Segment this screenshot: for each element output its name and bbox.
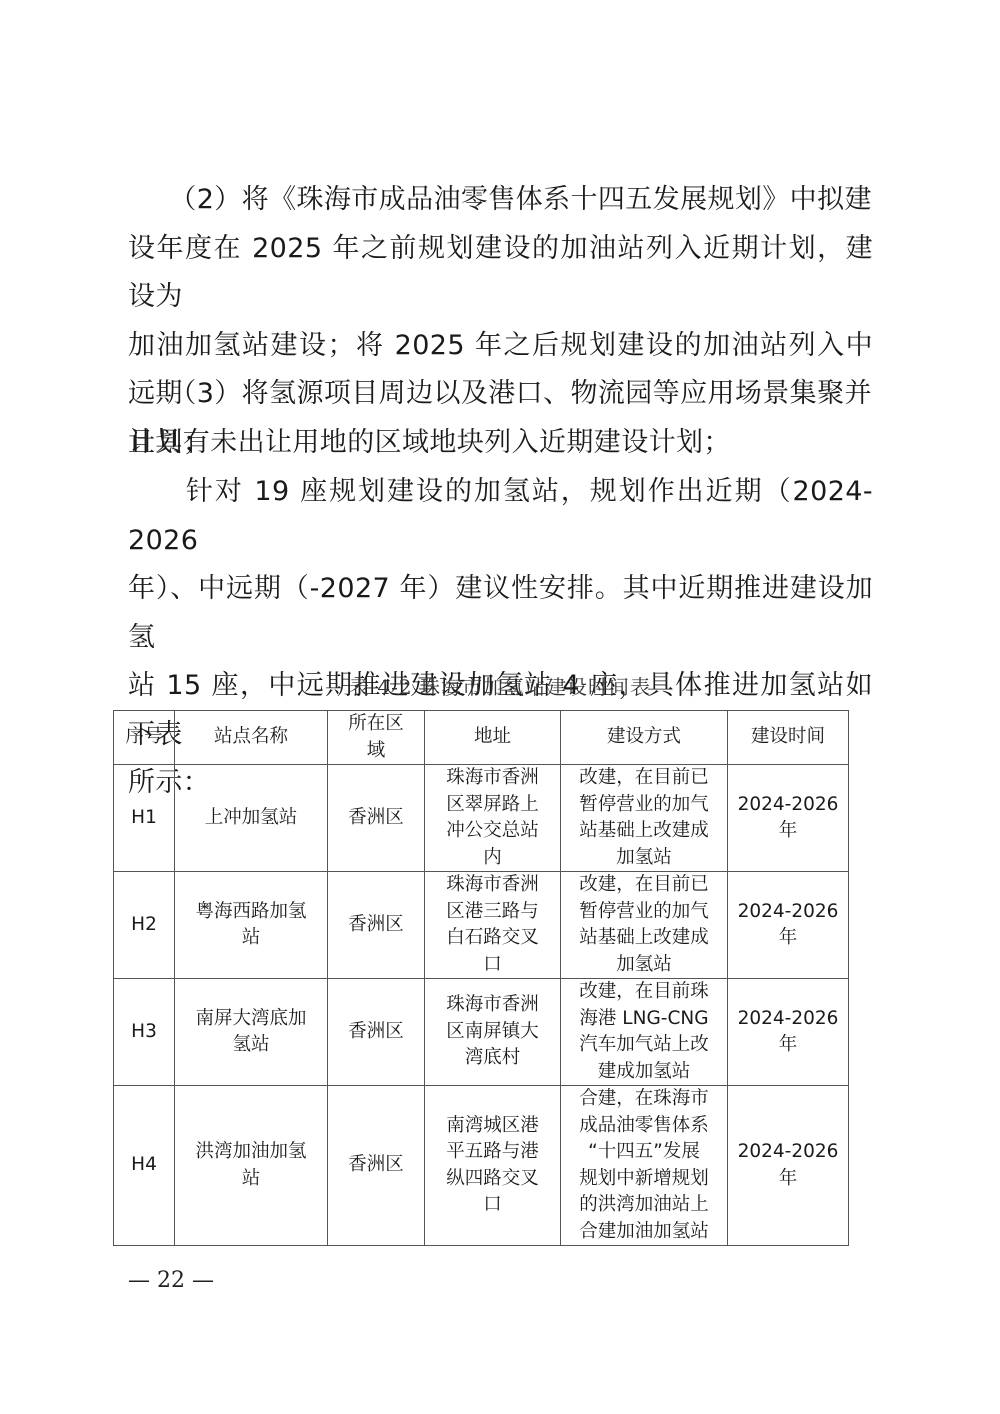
cell-address: 珠海市香洲区港三路与白石路交叉口 xyxy=(425,872,561,979)
cell-construction-time: 2024-2026年 xyxy=(728,1086,849,1246)
cell-construction-time: 2024-2026年 xyxy=(728,765,849,872)
cell-construction-method: 合建，在珠海市成品油零售体系“十四五”发展规划中新增规划的洪湾加油站上合建加油加… xyxy=(561,1086,728,1246)
cell-district: 香洲区 xyxy=(328,872,425,979)
text-line: 针对 19 座规划建设的加氢站，规划作出近期（2024-2026 xyxy=(128,468,873,565)
text-line: 且具有未出让用地的区域地块列入近期建设计划； xyxy=(128,419,873,468)
station-schedule-table: 序号 站点名称 所在区域 地址 建设方式 建设时间 H1 上冲加氢站 香洲区 珠… xyxy=(113,710,849,1246)
text-line: 设年度在 2025 年之前规划建设的加油站列入近期计划，建设为 xyxy=(128,225,873,322)
cell-address: 珠海市香洲区翠屏路上冲公交总站内 xyxy=(425,765,561,872)
cell-station-name: 南屏大湾底加氢站 xyxy=(175,979,328,1086)
cell-station-name: 上冲加氢站 xyxy=(175,765,328,872)
cell-construction-method: 改建，在目前已暂停营业的加气站基础上改建成加氢站 xyxy=(561,765,728,872)
cell-address: 珠海市香洲区南屏镇大湾底村 xyxy=(425,979,561,1086)
table-row: H1 上冲加氢站 香洲区 珠海市香洲区翠屏路上冲公交总站内 改建，在目前已暂停营… xyxy=(114,765,849,872)
text-line: （2）将《珠海市成品油零售体系十四五发展规划》中拟建 xyxy=(128,176,873,225)
cell-index: H1 xyxy=(114,765,175,872)
paragraph-item-3: （3）将氢源项目周边以及港口、物流园等应用场景集聚并 且具有未出让用地的区域地块… xyxy=(128,370,873,467)
table-header-row: 序号 站点名称 所在区域 地址 建设方式 建设时间 xyxy=(114,711,849,765)
cell-district: 香洲区 xyxy=(328,979,425,1086)
page-number: — 22 — xyxy=(128,1268,214,1293)
table-caption: 表 4-2 珠海市加氢站建设时间表 xyxy=(0,671,1000,700)
cell-index: H4 xyxy=(114,1086,175,1246)
cell-index: H3 xyxy=(114,979,175,1086)
table-row: H3 南屏大湾底加氢站 香洲区 珠海市香洲区南屏镇大湾底村 改建，在目前珠海港 … xyxy=(114,979,849,1086)
header-index: 序号 xyxy=(114,711,175,765)
cell-station-name: 洪湾加油加氢站 xyxy=(175,1086,328,1246)
cell-index: H2 xyxy=(114,872,175,979)
header-address: 地址 xyxy=(425,711,561,765)
header-construction-time: 建设时间 xyxy=(728,711,849,765)
table-row: H4 洪湾加油加氢站 香洲区 南湾城区港平五路与港纵四路交叉口 合建，在珠海市成… xyxy=(114,1086,849,1246)
cell-district: 香洲区 xyxy=(328,765,425,872)
cell-construction-time: 2024-2026年 xyxy=(728,979,849,1086)
text-line: 年）、中远期（-2027 年）建议性安排。其中近期推进建设加氢 xyxy=(128,565,873,662)
cell-construction-method: 改建，在目前已暂停营业的加气站基础上改建成加氢站 xyxy=(561,872,728,979)
cell-construction-time: 2024-2026年 xyxy=(728,872,849,979)
cell-construction-method: 改建，在目前珠海港 LNG-CNG汽车加气站上改建成加氢站 xyxy=(561,979,728,1086)
cell-address: 南湾城区港平五路与港纵四路交叉口 xyxy=(425,1086,561,1246)
header-station-name: 站点名称 xyxy=(175,711,328,765)
header-construction-method: 建设方式 xyxy=(561,711,728,765)
header-district: 所在区域 xyxy=(328,711,425,765)
cell-station-name: 粤海西路加氢站 xyxy=(175,872,328,979)
cell-district: 香洲区 xyxy=(328,1086,425,1246)
table-row: H2 粤海西路加氢站 香洲区 珠海市香洲区港三路与白石路交叉口 改建，在目前已暂… xyxy=(114,872,849,979)
text-line: （3）将氢源项目周边以及港口、物流园等应用场景集聚并 xyxy=(128,370,873,419)
